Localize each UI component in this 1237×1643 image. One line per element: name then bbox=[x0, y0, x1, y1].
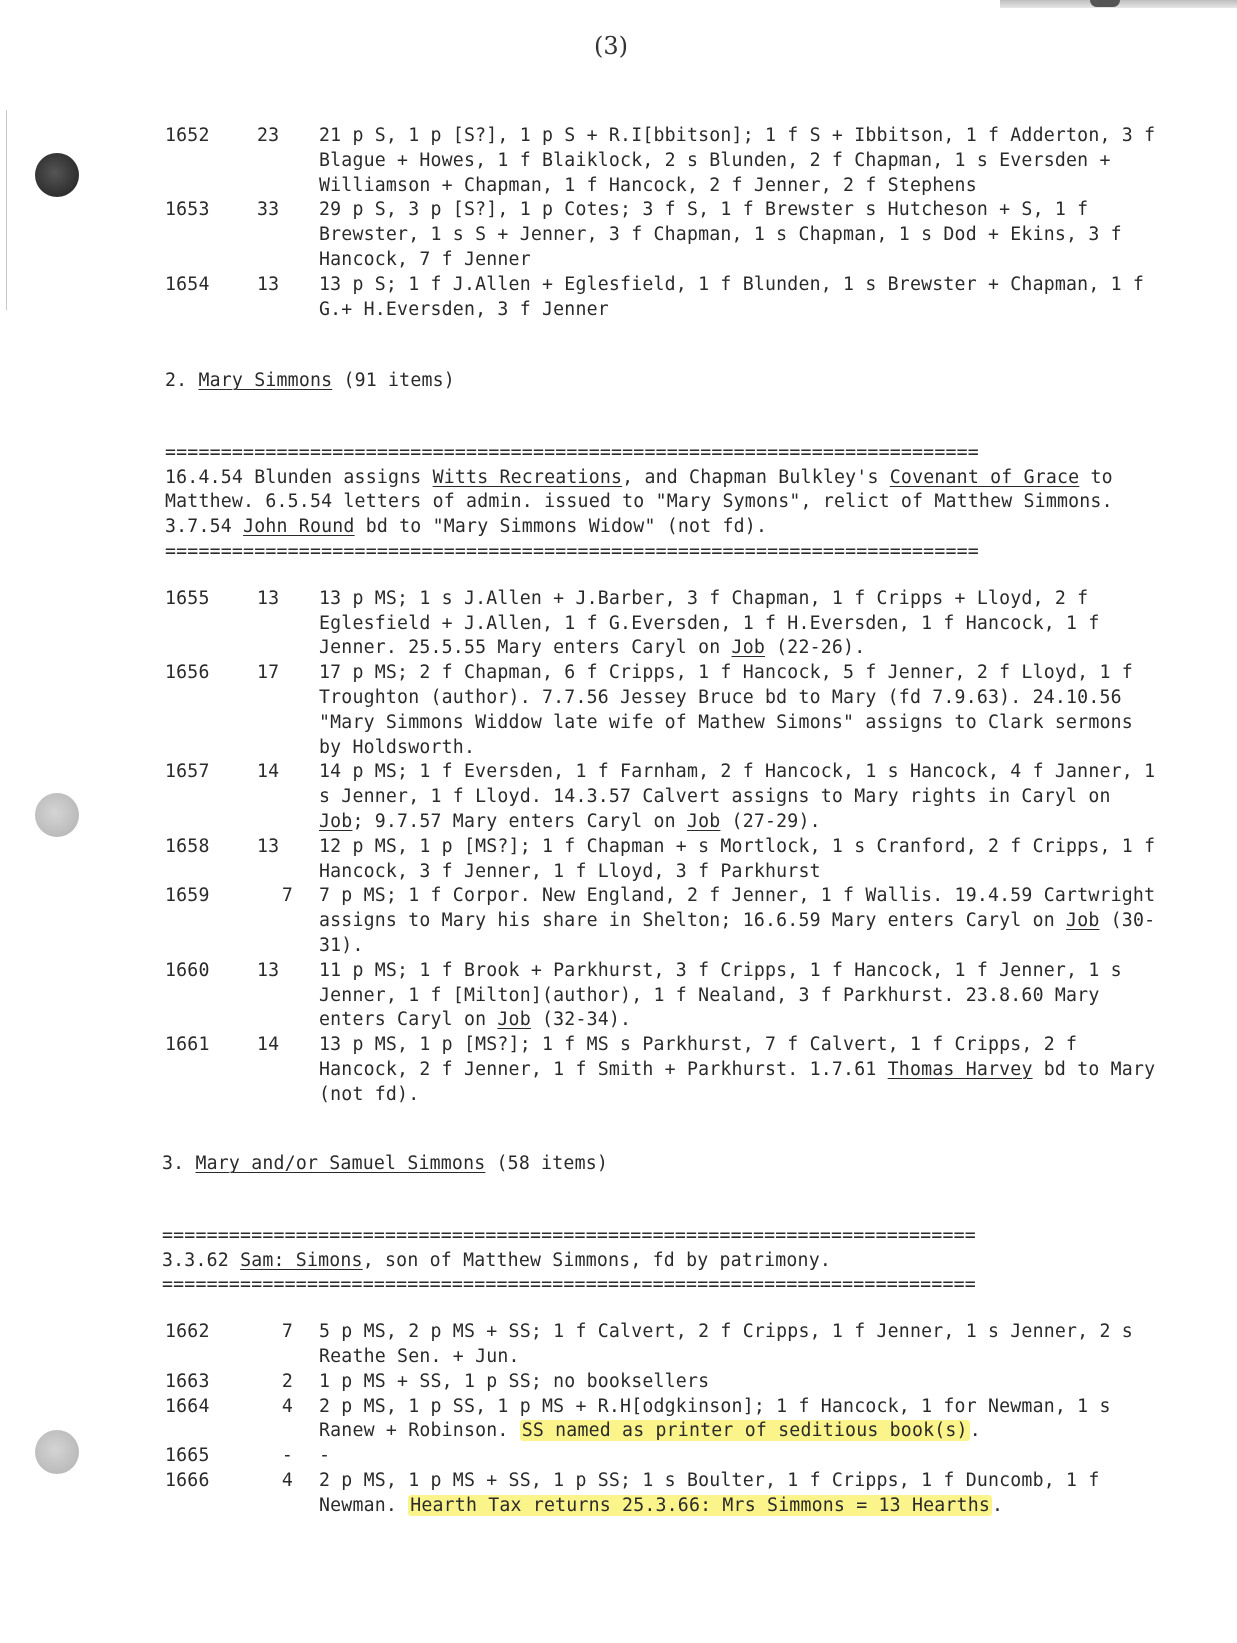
heading-name: Mary and/or Samuel Simmons bbox=[195, 1153, 485, 1174]
divider-rule: ========================================… bbox=[162, 1224, 1165, 1249]
entry-text: 12 p MS, 1 p [MS?]; 1 f Chapman + s Mort… bbox=[319, 835, 1165, 885]
entry-year: 1663 bbox=[165, 1370, 257, 1395]
entry-year: 1660 bbox=[165, 959, 257, 1033]
punch-hole-bottom bbox=[35, 1430, 79, 1474]
text-part: ; 9.7.57 Mary enters Caryl on bbox=[352, 811, 687, 832]
note-text: 3.3.62 bbox=[162, 1250, 240, 1271]
entry-count: 7 bbox=[257, 1320, 319, 1370]
entry-text: 1 p MS + SS, 1 p SS; no booksellers bbox=[319, 1370, 1165, 1395]
note-text: , son of Matthew Simmons, fd by patrimon… bbox=[363, 1250, 831, 1271]
name-sam-simons: Sam: Simons bbox=[240, 1250, 363, 1271]
entry-year: 1657 bbox=[165, 760, 257, 834]
entry-year: 1654 bbox=[165, 273, 257, 323]
entry-text: - bbox=[319, 1444, 1165, 1469]
entry-count: 14 bbox=[257, 1033, 319, 1107]
entry-text: 17 p MS; 2 f Chapman, 6 f Cripps, 1 f Ha… bbox=[319, 661, 1165, 760]
text-part: (22-26). bbox=[765, 637, 865, 658]
entry-row: 1666 4 2 p MS, 1 p MS + SS, 1 p SS; 1 s … bbox=[165, 1469, 1165, 1519]
title-job: Job bbox=[732, 637, 765, 658]
entry-count: 2 bbox=[257, 1370, 319, 1395]
entry-text: 29 p S, 3 p [S?], 1 p Cotes; 3 f S, 1 f … bbox=[319, 198, 1165, 272]
entry-text: 13 p MS, 1 p [MS?]; 1 f MS s Parkhurst, … bbox=[319, 1033, 1165, 1107]
entry-year: 1661 bbox=[165, 1033, 257, 1107]
heading-number: 3. bbox=[162, 1153, 184, 1174]
entry-text: 2 p MS, 1 p MS + SS, 1 p SS; 1 s Boulter… bbox=[319, 1469, 1165, 1519]
entry-row: 1663 2 1 p MS + SS, 1 p SS; no bookselle… bbox=[165, 1370, 1165, 1395]
title-job: Job bbox=[687, 811, 720, 832]
section3-entries: 1662 7 5 p MS, 2 p MS + SS; 1 f Calvert,… bbox=[165, 1320, 1165, 1518]
text-part: 11 p MS; 1 f Brook + Parkhurst, 3 f Crip… bbox=[319, 960, 1122, 1031]
scan-top-edge bbox=[1000, 0, 1237, 8]
entry-text: 13 p MS; 1 s J.Allen + J.Barber, 3 f Cha… bbox=[319, 587, 1165, 661]
note-text: 16.4.54 Blunden assigns bbox=[165, 467, 433, 488]
heading-count: (91 items) bbox=[343, 370, 455, 391]
entry-row: 1662 7 5 p MS, 2 p MS + SS; 1 f Calvert,… bbox=[165, 1320, 1165, 1370]
entry-year: 1655 bbox=[165, 587, 257, 661]
heading-number: 2. bbox=[165, 370, 187, 391]
highlighted-text: SS named as printer of seditious book(s) bbox=[520, 1420, 970, 1441]
scan-clip bbox=[1090, 0, 1120, 7]
entry-row: 1653 33 29 p S, 3 p [S?], 1 p Cotes; 3 f… bbox=[165, 198, 1165, 272]
punch-hole-top bbox=[35, 153, 79, 197]
entry-text: 5 p MS, 2 p MS + SS; 1 f Calvert, 2 f Cr… bbox=[319, 1320, 1165, 1370]
entry-year: 1662 bbox=[165, 1320, 257, 1370]
punch-hole-middle bbox=[35, 793, 79, 837]
divider-rule: ========================================… bbox=[162, 1273, 1165, 1298]
entry-year: 1666 bbox=[165, 1469, 257, 1519]
title-job: Job bbox=[1066, 910, 1099, 931]
entry-count: 33 bbox=[257, 198, 319, 272]
entry-count: 4 bbox=[257, 1395, 319, 1445]
name-john-round: John Round bbox=[243, 516, 355, 537]
entry-count: 7 bbox=[257, 884, 319, 958]
section3-heading: 3. Mary and/or Samuel Simmons (58 items) bbox=[162, 1152, 1165, 1177]
entry-count: 17 bbox=[257, 661, 319, 760]
entry-text: 21 p S, 1 p [S?], 1 p S + R.I[bbitson]; … bbox=[319, 124, 1165, 198]
highlighted-text: Hearth Tax returns 25.3.66: Mrs Simmons … bbox=[408, 1495, 992, 1516]
entry-count: - bbox=[257, 1444, 319, 1469]
scan-left-edge bbox=[6, 110, 7, 310]
entry-year: 1656 bbox=[165, 661, 257, 760]
entry-row: 1657 14 14 p MS; 1 f Eversden, 1 f Farnh… bbox=[165, 760, 1165, 834]
entry-count: 13 bbox=[257, 835, 319, 885]
text-part: 7 p MS; 1 f Corpor. New England, 2 f Jen… bbox=[319, 885, 1155, 931]
note-text: , and Chapman Bulkley's bbox=[622, 467, 890, 488]
text-part: 13 p MS; 1 s J.Allen + J.Barber, 3 f Cha… bbox=[319, 588, 1100, 659]
entry-row: 1664 4 2 p MS, 1 p SS, 1 p MS + R.H[odgk… bbox=[165, 1395, 1165, 1445]
text-part: (27-29). bbox=[720, 811, 820, 832]
entry-year: 1653 bbox=[165, 198, 257, 272]
entry-row: 1661 14 13 p MS, 1 p [MS?]; 1 f MS s Par… bbox=[165, 1033, 1165, 1107]
entry-row: 1658 13 12 p MS, 1 p [MS?]; 1 f Chapman … bbox=[165, 835, 1165, 885]
entry-year: 1659 bbox=[165, 884, 257, 958]
entry-text: 11 p MS; 1 f Brook + Parkhurst, 3 f Crip… bbox=[319, 959, 1165, 1033]
entry-count: 13 bbox=[257, 273, 319, 323]
entry-row: 1652 23 21 p S, 1 p [S?], 1 p S + R.I[bb… bbox=[165, 124, 1165, 198]
entry-year: 1664 bbox=[165, 1395, 257, 1445]
divider-rule: ========================================… bbox=[165, 540, 1165, 565]
name-thomas-harvey: Thomas Harvey bbox=[888, 1059, 1033, 1080]
title-covenant-of-grace: Covenant of Grace bbox=[890, 467, 1080, 488]
entry-row: 1660 13 11 p MS; 1 f Brook + Parkhurst, … bbox=[165, 959, 1165, 1033]
entry-row: 1665 - - bbox=[165, 1444, 1165, 1469]
title-job: Job bbox=[319, 811, 352, 832]
heading-count: (58 items) bbox=[497, 1153, 609, 1174]
entry-row: 1659 7 7 p MS; 1 f Corpor. New England, … bbox=[165, 884, 1165, 958]
text-part: 14 p MS; 1 f Eversden, 1 f Farnham, 2 f … bbox=[319, 761, 1155, 807]
text-part: . bbox=[970, 1420, 981, 1441]
title-job: Job bbox=[497, 1009, 530, 1030]
entry-count: 13 bbox=[257, 959, 319, 1033]
text-part: . bbox=[992, 1495, 1003, 1516]
entry-row: 1655 13 13 p MS; 1 s J.Allen + J.Barber,… bbox=[165, 587, 1165, 661]
entry-text: 7 p MS; 1 f Corpor. New England, 2 f Jen… bbox=[319, 884, 1165, 958]
heading-name: Mary Simmons bbox=[198, 370, 332, 391]
entry-count: 14 bbox=[257, 760, 319, 834]
title-witts-recreations: Witts Recreations bbox=[433, 467, 623, 488]
document-body: 1652 23 21 p S, 1 p [S?], 1 p S + R.I[bb… bbox=[165, 124, 1165, 1519]
entry-row: 1656 17 17 p MS; 2 f Chapman, 6 f Cripps… bbox=[165, 661, 1165, 760]
entry-year: 1658 bbox=[165, 835, 257, 885]
entry-year: 1652 bbox=[165, 124, 257, 198]
divider-rule: ========================================… bbox=[165, 441, 1165, 466]
section1-entries: 1652 23 21 p S, 1 p [S?], 1 p S + R.I[bb… bbox=[165, 124, 1165, 322]
entry-count: 13 bbox=[257, 587, 319, 661]
entry-text: 2 p MS, 1 p SS, 1 p MS + R.H[odgkinson];… bbox=[319, 1395, 1165, 1445]
entry-text: 13 p S; 1 f J.Allen + Eglesfield, 1 f Bl… bbox=[319, 273, 1165, 323]
entry-row: 1654 13 13 p S; 1 f J.Allen + Eglesfield… bbox=[165, 273, 1165, 323]
section2-entries: 1655 13 13 p MS; 1 s J.Allen + J.Barber,… bbox=[165, 587, 1165, 1108]
section3-note: 3.3.62 Sam: Simons, son of Matthew Simmo… bbox=[162, 1249, 1165, 1274]
note-text: bd to "Mary Simmons Widow" (not fd). bbox=[355, 516, 768, 537]
entry-year: 1665 bbox=[165, 1444, 257, 1469]
entry-count: 4 bbox=[257, 1469, 319, 1519]
page-number: (3) bbox=[594, 32, 628, 60]
entry-count: 23 bbox=[257, 124, 319, 198]
entry-text: 14 p MS; 1 f Eversden, 1 f Farnham, 2 f … bbox=[319, 760, 1165, 834]
section2-heading: 2. Mary Simmons (91 items) bbox=[165, 369, 1165, 394]
text-part: (32-34). bbox=[531, 1009, 631, 1030]
section2-note: 16.4.54 Blunden assigns Witts Recreation… bbox=[165, 466, 1165, 540]
